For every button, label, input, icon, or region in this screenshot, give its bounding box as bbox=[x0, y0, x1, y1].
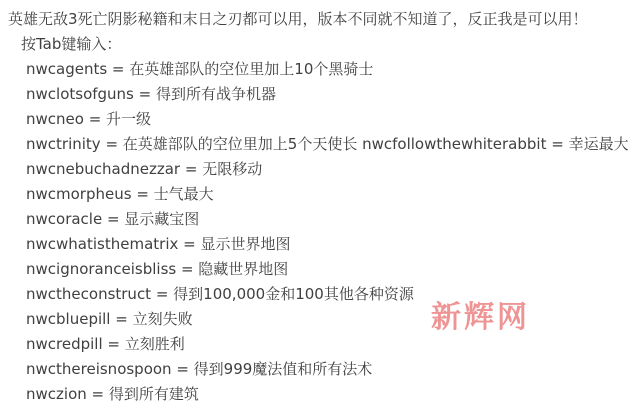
cheat-line: nwcthereisnospoon = 得到999魔法值和所有法术 bbox=[0, 357, 640, 382]
cheat-line: nwcwhatisthematrix = 显示世界地图 bbox=[0, 232, 640, 257]
cheat-line: nwcneo = 升一级 bbox=[0, 107, 640, 132]
cheat-line: nwcignoranceisbliss = 隐藏世界地图 bbox=[0, 257, 640, 282]
instruction-line: 按Tab键输入： bbox=[0, 32, 640, 57]
article-title: 英雄无敌3死亡阴影秘籍和末日之刃都可以用，版本不同就不知道了，反正我是可以用！ bbox=[0, 7, 640, 32]
cheat-line: nwctheconstruct = 得到100,000金和100其他各种资源 bbox=[0, 282, 640, 307]
cheat-line: nwclotsofguns = 得到所有战争机器 bbox=[0, 82, 640, 107]
cheat-line: nwcmorpheus = 士气最大 bbox=[0, 182, 640, 207]
cheat-line: nwcnebuchadnezzar = 无限移动 bbox=[0, 157, 640, 182]
cheat-lines-container: nwcagents = 在英雄部队的空位里加上10个黑骑士nwclotsofgu… bbox=[0, 57, 640, 407]
cheat-line: nwczion = 得到所有建筑 bbox=[0, 382, 640, 407]
cheat-line: nwcbluepill = 立刻失败 bbox=[0, 307, 640, 332]
cheat-list: 英雄无敌3死亡阴影秘籍和末日之刃都可以用，版本不同就不知道了，反正我是可以用！ … bbox=[0, 0, 640, 407]
cheat-line: nwctrinity = 在英雄部队的空位里加上5个天使长 nwcfollowt… bbox=[0, 132, 640, 157]
cheat-line: nwcagents = 在英雄部队的空位里加上10个黑骑士 bbox=[0, 57, 640, 82]
cheat-line: nwcoracle = 显示藏宝图 bbox=[0, 207, 640, 232]
article-page: 英雄无敌3死亡阴影秘籍和末日之刃都可以用，版本不同就不知道了，反正我是可以用！ … bbox=[0, 0, 640, 412]
cheat-line: nwcredpill = 立刻胜利 bbox=[0, 332, 640, 357]
